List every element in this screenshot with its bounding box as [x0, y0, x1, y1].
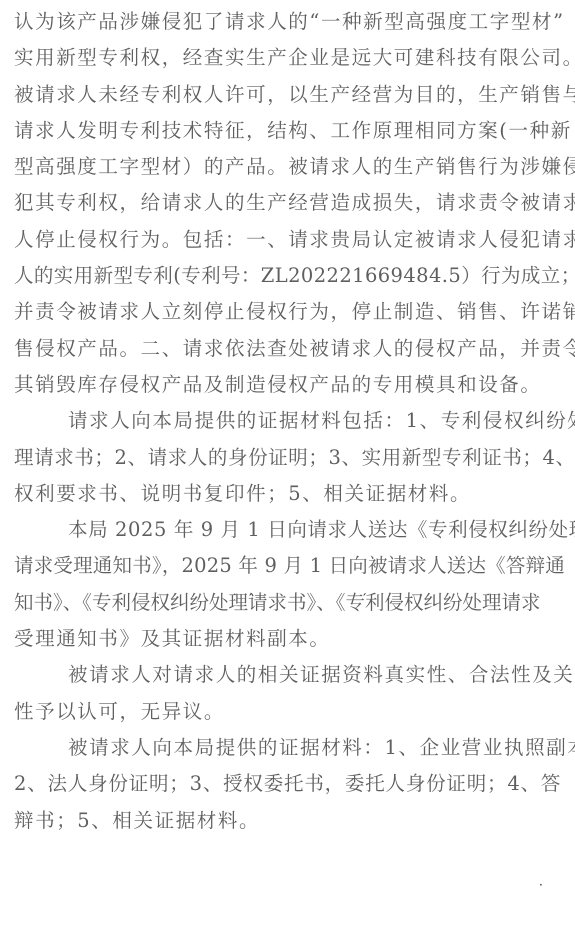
- text-line: 权利要求书、说明书复印件；5、相关证据材料。: [14, 476, 566, 512]
- text-line: 型高强度工字型材）的产品。被请求人的生产销售行为涉嫌侵: [14, 149, 566, 185]
- scan-speck: ˊ: [247, 592, 253, 606]
- text-line: 并责令被请求人立刻停止侵权行为，停止制造、销售、许诺销: [14, 294, 566, 330]
- scan-speck: ·: [539, 878, 543, 892]
- text-line: 2、法人身份证明；3、授权委托书，委托人身份证明；4、答: [14, 766, 566, 802]
- text-line: 知书》、《专利侵权纠纷处理请求书》、《专利侵权纠纷处理请求: [14, 585, 566, 621]
- text-line: 售侵权产品。二、请求依法查处被请求人的侵权产品，并责令: [14, 331, 566, 367]
- text-line: 请求人向本局提供的证据材料包括：1、专利侵权纠纷处: [14, 403, 566, 439]
- text-line: 犯其专利权，给请求人的生产经营造成损失，请求责令被请求: [14, 185, 566, 221]
- scan-speck: ˊ: [361, 592, 367, 606]
- text-line: 受理通知书》及其证据材料副本。: [14, 621, 566, 657]
- text-line: 本局 2025 年 9 月 1 日向请求人送达《专利侵权纠纷处理: [14, 512, 566, 548]
- text-line: 被请求人未经专利权人许可，以生产经营为目的，生产销售与: [14, 77, 566, 113]
- paragraph-requester-evidence: 请求人向本局提供的证据材料包括：1、专利侵权纠纷处 理请求书；2、请求人的身份证…: [14, 403, 566, 512]
- paragraph-respondent-acknowledgment: 被请求人对请求人的相关证据资料真实性、合法性及关联 性予以认可，无异议。: [14, 657, 566, 730]
- paragraph-delivery-notice: 本局 2025 年 9 月 1 日向请求人送达《专利侵权纠纷处理 请求受理通知书…: [14, 512, 566, 657]
- text-line: 请求人发明专利技术特征，结构、工作原理相同方案(一种新: [14, 113, 566, 149]
- text-line: 其销毁库存侵权产品及制造侵权产品的专用模具和设备。: [14, 367, 566, 403]
- text-line: 实用新型专利权，经查实生产企业是远大可建科技有限公司。: [14, 40, 566, 76]
- text-line: 性予以认可，无异议。: [14, 694, 566, 730]
- paragraph-respondent-evidence: 被请求人向本局提供的证据材料：1、企业营业执照副本； 2、法人身份证明；3、授权…: [14, 730, 566, 839]
- text-line: 理请求书；2、请求人的身份证明；3、实用新型专利证书；4、: [14, 440, 566, 476]
- text-line: 被请求人向本局提供的证据材料：1、企业营业执照副本；: [14, 730, 566, 766]
- paragraph-request-details: 认为该产品涉嫌侵犯了请求人的“一种新型高强度工字型材” 实用新型专利权，经查实生…: [14, 4, 566, 403]
- text-line: 人的实用新型专利(专利号：ZL202221669484.5）行为成立；: [14, 258, 566, 294]
- text-line: 请求受理通知书》，2025 年 9 月 1 日向被请求人送达《答辩通: [14, 548, 566, 584]
- text-line: 被请求人对请求人的相关证据资料真实性、合法性及关联: [14, 657, 566, 693]
- text-line: 人停止侵权行为。包括：一、请求贵局认定被请求人侵犯请求: [14, 222, 566, 258]
- document-page: 认为该产品涉嫌侵犯了请求人的“一种新型高强度工字型材” 实用新型专利权，经查实生…: [14, 4, 566, 839]
- text-line: 辩书；5、相关证据材料。: [14, 803, 566, 839]
- text-line: 认为该产品涉嫌侵犯了请求人的“一种新型高强度工字型材”: [14, 4, 566, 40]
